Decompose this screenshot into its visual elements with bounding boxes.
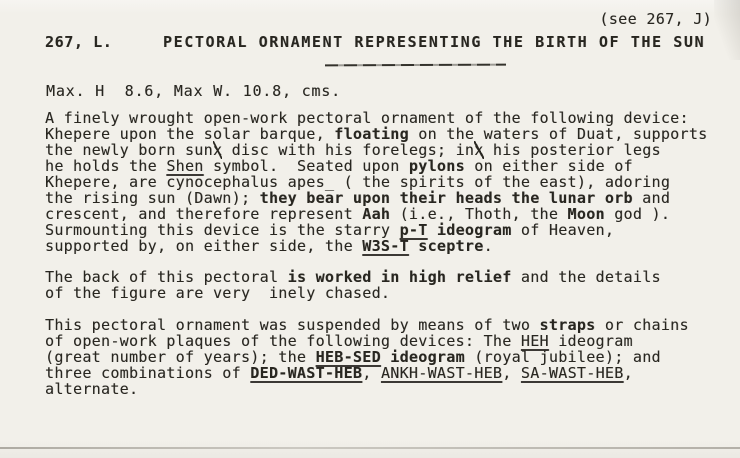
title-underline: [325, 64, 506, 67]
dimensions-line: Max. H 8.6, Max W. 10.8, cms.: [46, 82, 341, 100]
text-segment: sceptre: [409, 237, 484, 255]
page-title: PECTORAL ORNAMENT REPRESENTING THE BIRTH…: [163, 33, 705, 51]
text-segment: ,: [502, 364, 521, 382]
text-segment: W3S-T: [362, 237, 409, 255]
paragraph-device-description: A finely wrought open-work pectoral orna…: [45, 110, 740, 254]
card-bottom-edge: [0, 447, 740, 449]
text-segment: SA-WAST-HEB: [521, 364, 624, 382]
text-segment: ,: [362, 364, 381, 382]
paragraph-suspension-description: This pectoral ornament was suspended by …: [45, 317, 740, 397]
text-segment: ANKH-WAST-HEB: [381, 364, 502, 382]
text-segment: .: [484, 237, 493, 255]
item-number: 267, L.: [45, 33, 112, 51]
paragraph-back-of-pectoral: The back of this pectoral is worked in h…: [45, 269, 740, 301]
scan-corner-shadow: [714, 0, 740, 60]
catalog-card: (see 267, J) 267, L. PECTORAL ORNAMENT R…: [0, 0, 740, 458]
text-segment: DED-WAST-HEB: [250, 364, 362, 382]
see-reference: (see 267, J): [599, 10, 712, 28]
